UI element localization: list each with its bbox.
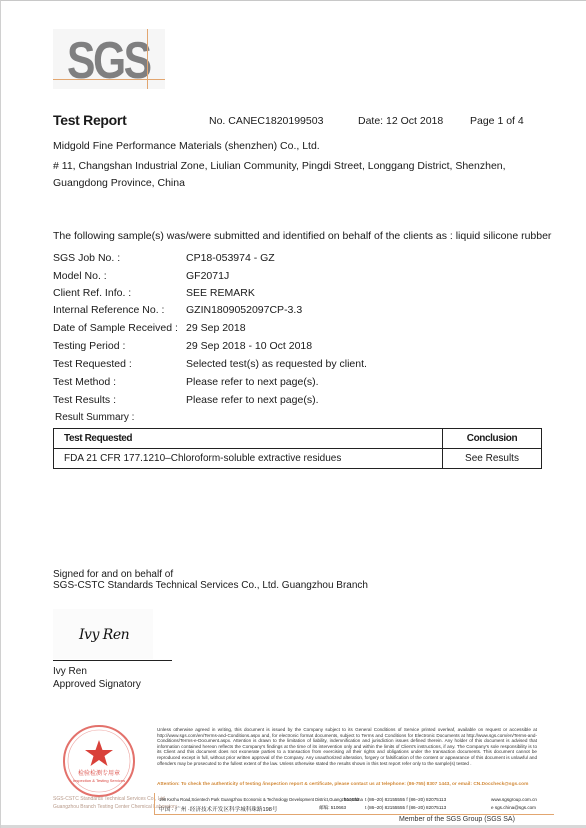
logo-horizontal-rule [53,79,165,80]
field-value-testing-period: 29 Sep 2018 - 10 Oct 2018 [186,339,312,353]
signing-company: SGS-CSTC Standards Technical Services Co… [53,580,368,591]
field-label-job-no: SGS Job No. : [53,251,120,265]
address-english: 198 Kezhu Road,Scientech Park Guangzhou … [159,797,363,802]
field-value-model-no: GF2071J [186,269,229,283]
authenticity-notice: Attention: To check the authenticity of … [157,782,537,788]
page-indicator: Page 1 of 4 [470,115,524,127]
sgs-group-membership: Member of the SGS Group (SGS SA) [399,816,515,823]
signatory-role: Approved Signatory [53,679,141,690]
footer-horizontal-rule [154,814,554,815]
result-summary-table: Test Requested Conclusion FDA 21 CFR 177… [53,428,542,469]
signature-line [53,660,172,661]
handwritten-signature: Ivy Ren [79,627,129,643]
field-label-client-ref: Client Ref. Info. : [53,286,131,300]
field-label-internal-ref: Internal Reference No. : [53,303,164,317]
table-row: FDA 21 CFR 177.1210–Chloroform-soluble e… [54,449,542,469]
sgs-logo: SGS [53,29,179,97]
footer-vertical-rule [154,793,155,815]
address-chinese: 中国 · 广州 ·经济技术开发区科学城科珠路198号 [159,805,277,813]
svg-text:Inspection & Testing Services: Inspection & Testing Services [73,778,125,783]
legal-disclaimer: Unless otherwise agreed in writing, this… [157,727,537,766]
field-value-job-no: CP18-053974 - GZ [186,251,275,265]
sample-intro: The following sample(s) was/were submitt… [53,229,551,243]
phone-fax-line-1: t (86–20) 82155555 f (86–20) 82075113 [365,797,446,802]
field-value-client-ref: SEE REMARK [186,286,255,300]
company-seal-stamp: 检验检测专用章 Inspection & Testing Services [61,723,137,799]
cell-test-requested: FDA 21 CFR 177.1210–Chloroform-soluble e… [54,449,443,469]
signed-on-behalf-label: Signed for and on behalf of [53,569,173,580]
star-icon [85,740,113,766]
logo-text: SGS [67,31,150,91]
report-title: Test Report [53,112,126,128]
client-address: # 11, Changshan Industrial Zone, Liulian… [53,158,543,192]
postcode-english: 510663 [344,797,359,802]
field-value-test-method: Please refer to next page(s). [186,375,319,389]
field-label-test-requested: Test Requested : [53,357,132,371]
column-header-test-requested: Test Requested [54,429,443,449]
email-link[interactable]: e sgs.china@sgs.com [491,805,536,810]
stamp-caption-company: SGS-CSTC Standards Technical Services Co… [53,796,166,802]
report-number: No. CANEC1820199503 [209,115,323,127]
report-date: Date: 12 Oct 2018 [358,115,443,127]
field-label-test-method: Test Method : [53,375,116,389]
field-value-date-received: 29 Sep 2018 [186,321,246,335]
svg-text:检验检测专用章: 检验检测专用章 [78,769,120,777]
website-link[interactable]: www.sgsgroup.com.cn [491,797,537,802]
column-header-conclusion: Conclusion [443,429,542,449]
phone-fax-line-2: t (86–20) 82155555 f (86–20) 82075113 [365,805,446,810]
field-label-test-results: Test Results : [53,393,116,407]
field-label-testing-period: Testing Period : [53,339,125,353]
cell-conclusion: See Results [443,449,542,469]
field-value-test-results: Please refer to next page(s). [186,393,319,407]
table-header-row: Test Requested Conclusion [54,429,542,449]
result-summary-label: Result Summary : [55,412,134,423]
client-name: Midgold Fine Performance Materials (shen… [53,139,320,153]
field-label-date-received: Date of Sample Received : [53,321,178,335]
field-label-model-no: Model No. : [53,269,107,283]
logo-vertical-rule [147,29,148,89]
field-value-test-requested: Selected test(s) as requested by client. [186,357,367,371]
signatory-name: Ivy Ren [53,666,87,677]
postcode-chinese: 邮编: 510663 [319,805,346,811]
seal-icon: 检验检测专用章 Inspection & Testing Services [61,723,137,799]
field-value-internal-ref: GZIN1809052097CP-3.3 [186,303,302,317]
